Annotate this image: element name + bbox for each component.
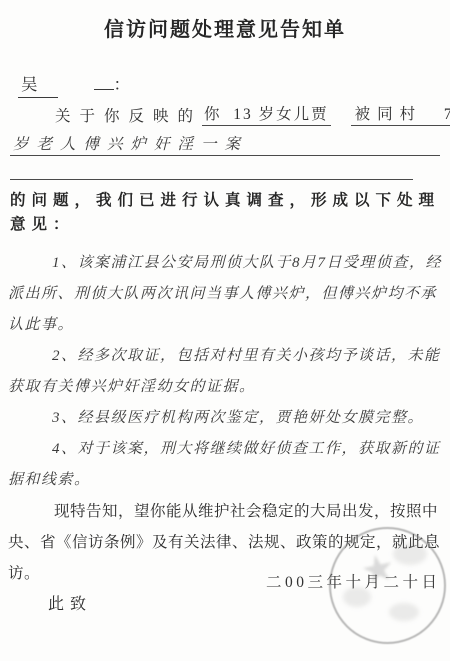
item-1: 1、该案浦江县公安局刑侦大队于8月7日受理侦查，经派出所、刑侦大队两次讯问当事人…	[8, 248, 442, 341]
item-4: 4、对于该案，刑大将继续做好侦查工作，获取新的证据和线索。	[8, 434, 442, 496]
addressee-colon: ：	[114, 75, 131, 94]
addressee-line: 吴：	[18, 71, 450, 94]
blank-underline-empty	[10, 179, 413, 180]
intro-line-3	[10, 156, 440, 180]
fill-in-case: 岁老人傅兴炉奸淫一案	[10, 132, 248, 156]
document-date: 二00三年十月二十日	[266, 570, 441, 592]
salutation: 此致	[48, 589, 450, 620]
fill-in-village: 被同村 79	[351, 102, 450, 126]
document-title: 信访问题处理意见告知单	[0, 0, 450, 42]
intro-form-section: 关于你反映的你 13 岁女儿贾被同村 79 岁老人傅兴炉奸淫一案 的问题，我们已…	[10, 96, 440, 237]
fill-in-daughter: 你 13 岁女儿贾	[202, 102, 331, 126]
addressee-surname: 吴	[18, 71, 58, 98]
handling-opinion-items: 1、该案浦江县公安局刑侦大队于8月7日受理侦查，经派出所、刑侦大队两次讯问当事人…	[8, 248, 442, 496]
intro-suffix: 的问题，我们已进行认真调查，形成以下处理意见：	[10, 189, 440, 237]
intro-prefix: 关于你反映的	[55, 104, 202, 126]
intro-line-1: 关于你反映的你 13 岁女儿贾被同村 79	[10, 96, 440, 126]
blank-underline-trailing	[248, 155, 440, 156]
intro-line-2: 岁老人傅兴炉奸淫一案	[10, 126, 440, 156]
item-2: 2、经多次取证，包括对村里有关小孩均予谈话，未能获取有关傅兴炉奸淫幼女的证据。	[8, 341, 442, 403]
scanned-notice-document: 信访问题处理意见告知单 吴： 关于你反映的你 13 岁女儿贾被同村 79 岁老人…	[0, 0, 450, 661]
addressee-name-blank-underline	[94, 71, 114, 90]
item-3: 3、经县级医疗机构两次鉴定，贾艳妍处女膜完整。	[8, 403, 442, 434]
